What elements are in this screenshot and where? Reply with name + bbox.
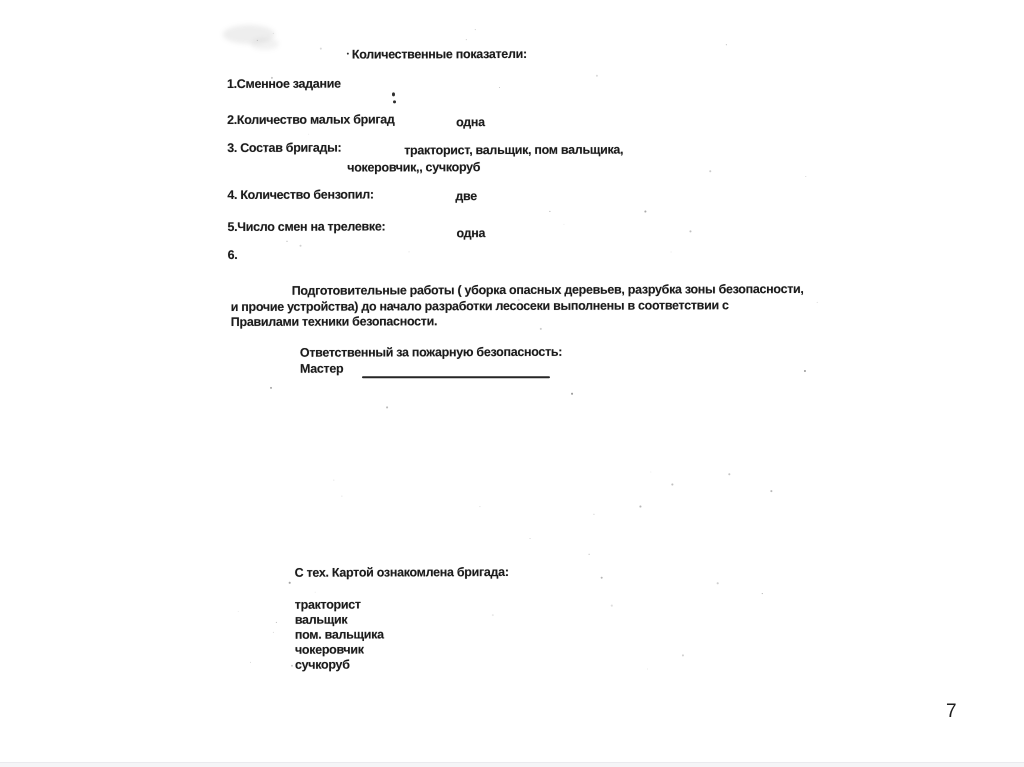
scan-noise-speck bbox=[238, 611, 239, 612]
scan-noise-speck bbox=[246, 120, 247, 121]
scan-noise-speck bbox=[271, 77, 273, 79]
scan-noise-speck bbox=[563, 224, 564, 225]
scan-noise-speck bbox=[647, 669, 648, 670]
item-2-label: 2.Количество малых бригад bbox=[227, 112, 395, 127]
item-2-value: одна bbox=[456, 115, 485, 129]
scan-noise-speck bbox=[289, 582, 291, 584]
item-4-label: 4. Количество бензопил: bbox=[227, 187, 373, 202]
scan-noise-speck bbox=[596, 75, 598, 77]
scan-noise-speck bbox=[479, 506, 480, 507]
scan-noise-speck bbox=[386, 406, 388, 408]
signer-role-label: Мастер bbox=[300, 362, 343, 376]
scanned-document: Количественные показатели: 1.Сменное зад… bbox=[0, 0, 1024, 767]
scan-ink-dot bbox=[393, 100, 396, 103]
scan-noise-speck bbox=[671, 483, 673, 485]
scan-noise-speck bbox=[264, 151, 266, 153]
item-3-value-line1: тракторист, вальщик, пом вальщика, bbox=[404, 143, 623, 158]
paragraph-line-1: Подготовительные работы ( уборка опасных… bbox=[292, 282, 804, 299]
scan-noise-speck bbox=[817, 302, 818, 303]
scan-noise-speck bbox=[499, 87, 500, 88]
scan-noise-speck bbox=[518, 299, 520, 301]
item-5-label: 5.Число смен на трелевке: bbox=[227, 219, 385, 234]
crew-member-pom-valshchika: пом. вальщика bbox=[295, 627, 384, 642]
slide-footer-strip bbox=[0, 762, 1024, 767]
preparatory-works-paragraph: Подготовительные работы ( уборка опасных… bbox=[0, 0, 1023, 2]
scan-noise-speck bbox=[320, 48, 322, 50]
scan-noise-speck bbox=[287, 241, 288, 242]
item-3-value-line2: чокеровчик,, сучкоруб bbox=[347, 160, 480, 174]
acknowledgment-heading: С тех. Картой ознакомлена бригада: bbox=[295, 565, 509, 580]
scan-noise-speck bbox=[671, 251, 672, 252]
scan-noise-speck bbox=[475, 29, 476, 30]
scan-noise-speck bbox=[276, 622, 277, 623]
scan-noise-speck bbox=[571, 393, 573, 395]
scan-noise-speck bbox=[728, 473, 730, 475]
scan-noise-speck bbox=[644, 211, 646, 213]
crew-member-chokerovchik: чокеровчик bbox=[295, 643, 364, 658]
scan-noise-speck bbox=[593, 514, 594, 515]
scan-noise-speck bbox=[409, 251, 410, 252]
scan-noise-speck bbox=[291, 665, 293, 667]
scan-noise-speck bbox=[308, 134, 309, 135]
scan-ink-dot bbox=[392, 92, 395, 96]
scan-ink-dot bbox=[347, 53, 349, 55]
scan-noise-speck bbox=[717, 582, 719, 584]
scan-noise-speck bbox=[341, 496, 342, 497]
paragraph-line-2: и прочие устройства) до начало разработк… bbox=[231, 298, 729, 315]
scan-noise-speck bbox=[611, 605, 613, 607]
item-3-label: 3. Состав бригады: bbox=[227, 141, 341, 155]
document-title: Количественные показатели: bbox=[352, 47, 527, 62]
acknowledgment-block: С тех. Картой ознакомлена бригада: тракт… bbox=[0, 0, 1023, 2]
crew-member-suchkorub: сучкоруб bbox=[295, 658, 350, 673]
slide-page-number: 7 bbox=[946, 701, 957, 723]
scan-noise-speck bbox=[682, 654, 684, 656]
scan-noise-speck bbox=[549, 211, 550, 212]
scan-noise-speck bbox=[273, 632, 274, 633]
item-4-value: две bbox=[455, 189, 477, 203]
scan-noise-speck bbox=[250, 662, 251, 663]
scan-noise-speck bbox=[639, 506, 641, 508]
signature-line bbox=[362, 376, 550, 378]
scan-noise-speck bbox=[333, 480, 334, 481]
scan-noise-speck bbox=[601, 577, 603, 579]
responsibility-heading: Ответственный за пожарную безопасность: bbox=[300, 345, 562, 360]
item-1-label: 1.Сменное задание bbox=[227, 77, 341, 91]
scan-noise-speck bbox=[689, 230, 691, 232]
scan-noise-speck bbox=[466, 39, 467, 40]
scan-noise-speck bbox=[492, 614, 494, 616]
scan-noise-speck bbox=[270, 387, 272, 389]
scan-noise-speck bbox=[540, 328, 542, 330]
scan-smudge bbox=[251, 38, 279, 50]
item-5-value: одна bbox=[456, 226, 485, 240]
scan-noise-speck bbox=[726, 44, 727, 45]
presentation-slide: Количественные показатели: 1.Сменное зад… bbox=[0, 0, 1024, 767]
scan-noise-speck bbox=[530, 538, 531, 539]
scan-noise-speck bbox=[315, 592, 316, 593]
scan-noise-speck bbox=[762, 593, 763, 594]
scan-noise-speck bbox=[770, 490, 772, 492]
crew-member-valshchik: вальщик bbox=[295, 613, 348, 628]
scan-noise-speck bbox=[300, 245, 302, 247]
item-6-label: 6. bbox=[228, 248, 238, 262]
scan-noise-speck bbox=[709, 170, 711, 172]
responsibility-block: Ответственный за пожарную безопасность: … bbox=[0, 0, 1023, 2]
scan-noise-speck bbox=[804, 370, 806, 372]
scan-noise-speck bbox=[589, 554, 590, 555]
crew-member-tractorist: тракторист bbox=[295, 598, 361, 613]
scan-noise-speck bbox=[805, 176, 806, 177]
paragraph-line-3: Правилами техники безопасности. bbox=[231, 314, 437, 330]
scan-noise-speck bbox=[650, 472, 651, 473]
